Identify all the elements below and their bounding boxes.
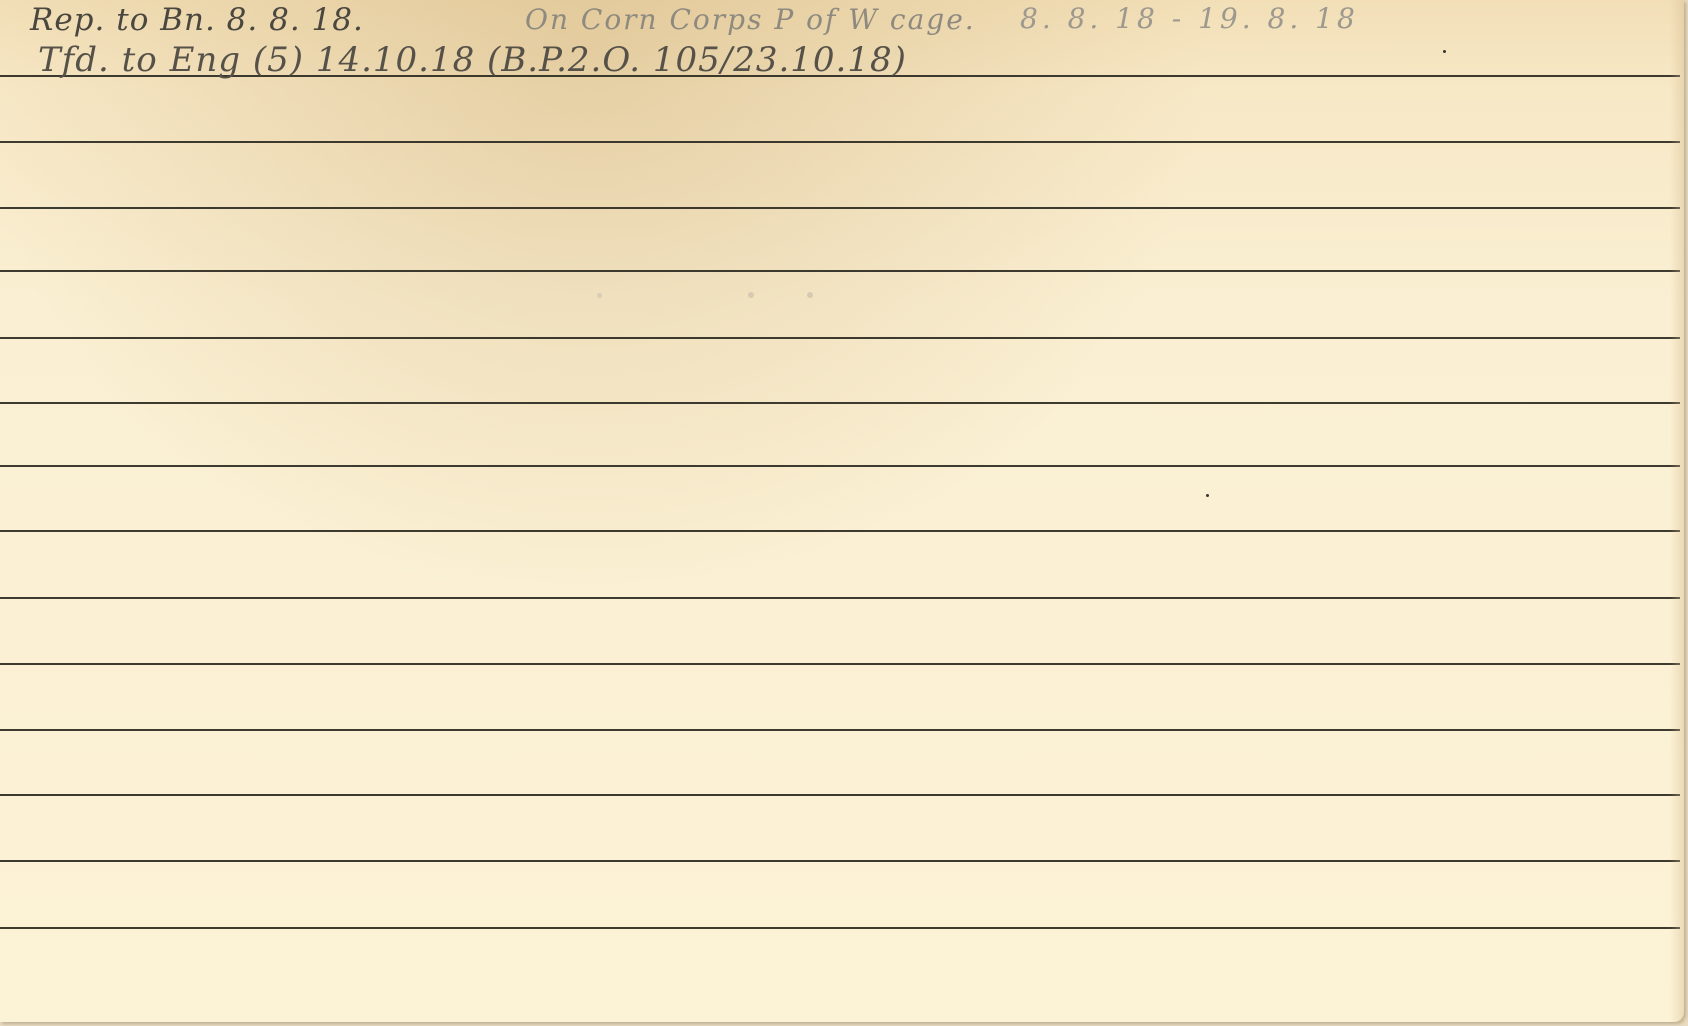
ruled-line (0, 270, 1680, 272)
ink-speck (1206, 494, 1209, 497)
ruled-line (0, 465, 1680, 467)
handwritten-entry-reported-to-battalion: Rep. to Bn. 8. 8. 18. (30, 2, 364, 38)
ruled-line (0, 663, 1680, 665)
ruled-line (0, 794, 1680, 796)
paper-mark (807, 292, 813, 298)
ruled-line (0, 337, 1680, 339)
ruled-line (0, 207, 1680, 209)
ruled-line (0, 402, 1680, 404)
ruled-line (0, 729, 1680, 731)
ruled-line (0, 597, 1680, 599)
ruled-line (0, 141, 1680, 143)
paper-mark (748, 292, 754, 298)
handwritten-entry-transferred-to-england: Tfd. to Eng (5) 14.10.18 (B.P.2.O. 105/2… (38, 40, 907, 80)
index-card: Rep. to Bn. 8. 8. 18. On Corn Corps P of… (0, 0, 1684, 1022)
ink-speck (1443, 50, 1446, 53)
paper-mark (597, 293, 602, 298)
ruled-line (0, 860, 1680, 862)
ruled-line (0, 530, 1680, 532)
handwritten-entry-pow-cage: On Corn Corps P of W cage. (525, 3, 976, 36)
handwritten-entry-date-range: 8. 8. 18 - 19. 8. 18 (1020, 2, 1359, 35)
ruled-line (0, 927, 1680, 929)
